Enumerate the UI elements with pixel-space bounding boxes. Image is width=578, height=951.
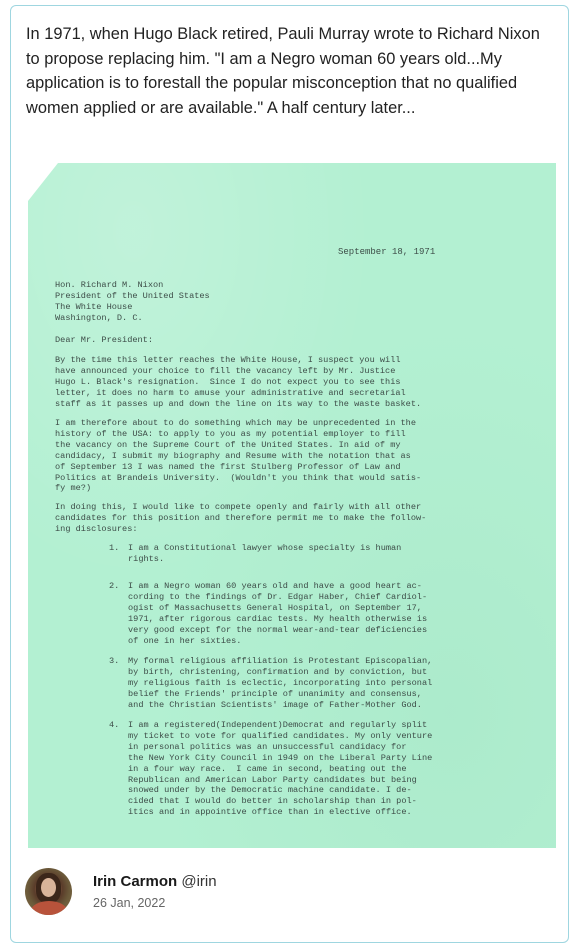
disclosure-text: My formal religious affiliation is Prote… [128, 656, 432, 711]
avatar-face [41, 878, 56, 897]
torn-corner [28, 163, 58, 201]
letter-address: Hon. Richard M. Nixon President of the U… [55, 280, 210, 324]
letter-paragraph-3: In doing this, I would like to compete o… [55, 502, 426, 535]
disclosure-item-4: 4. I am a registered(Independent)Democra… [109, 720, 140, 764]
disclosure-text: I am a Constitutional lawyer whose speci… [128, 543, 401, 565]
letter-date: September 18, 1971 [338, 247, 435, 258]
disclosure-text: I am a registered(Independent)Democrat a… [128, 720, 432, 818]
disclosure-item-2: 2. I am a Negro woman 60 years old and h… [109, 581, 140, 625]
avatar[interactable] [25, 868, 72, 915]
tweet-text: In 1971, when Hugo Black retired, Pauli … [26, 22, 556, 120]
tweet-card: In 1971, when Hugo Black retired, Pauli … [10, 5, 569, 943]
tweet-author: Irin Carmon @irin 26 Jan, 2022 [25, 868, 525, 916]
letter-image[interactable]: September 18, 1971 Hon. Richard M. Nixon… [28, 163, 556, 848]
author-name[interactable]: Irin Carmon [93, 873, 177, 890]
disclosure-text: I am a Negro woman 60 years old and have… [128, 581, 427, 646]
disclosure-number: 2. [109, 581, 119, 592]
author-handle[interactable]: @irin [181, 873, 216, 890]
letter-paragraph-1: By the time this letter reaches the Whit… [55, 355, 421, 410]
letter-salutation: Dear Mr. President: [55, 335, 153, 346]
avatar-shirt [31, 901, 67, 915]
disclosure-item-3: 3. My formal religious affiliation is Pr… [109, 656, 140, 700]
author-name-line: Irin Carmon @irin [93, 873, 217, 890]
disclosure-number: 4. [109, 720, 119, 731]
disclosure-number: 1. [109, 543, 119, 554]
disclosure-number: 3. [109, 656, 119, 667]
letter-paragraph-2: I am therefore about to do something whi… [55, 418, 421, 494]
tweet-date[interactable]: 26 Jan, 2022 [93, 896, 165, 910]
